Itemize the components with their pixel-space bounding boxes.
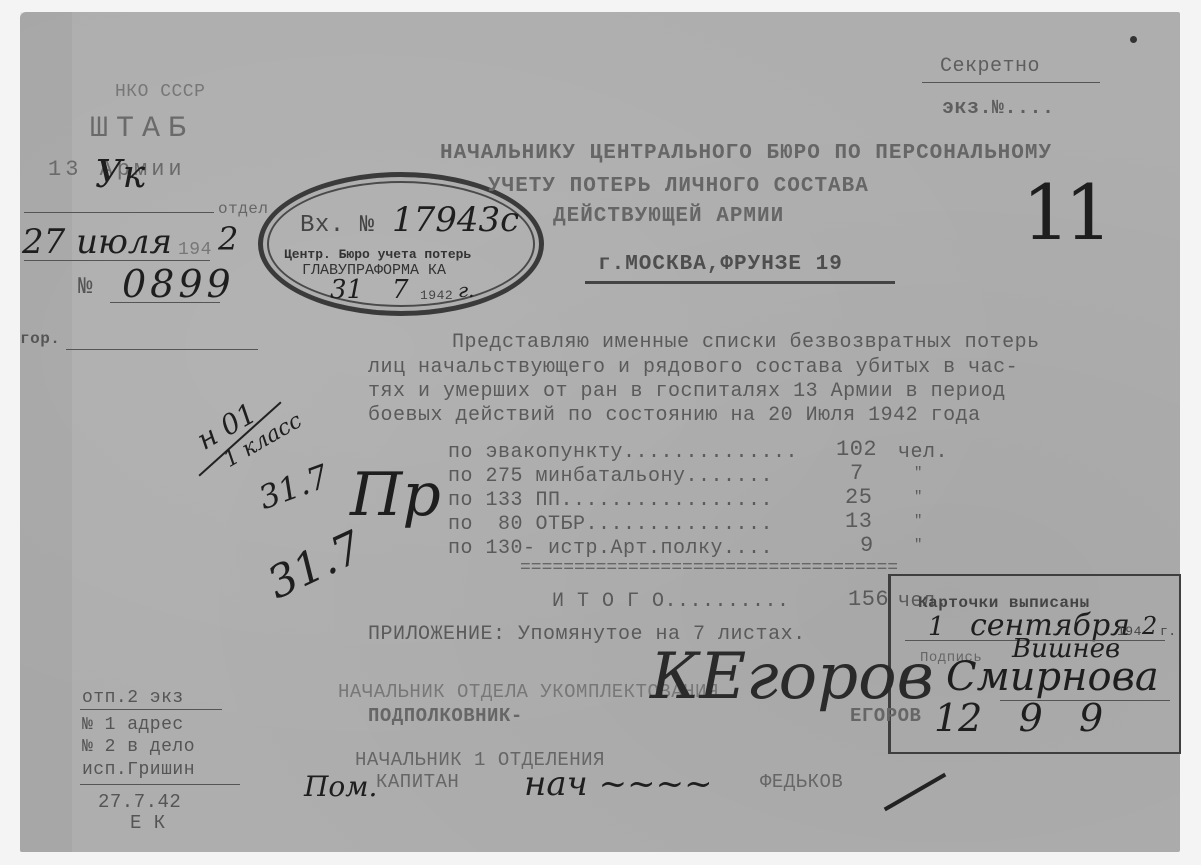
city-label: гор.: [20, 330, 60, 348]
sub-title-line2: КАПИТАН: [376, 771, 459, 793]
handwritten-dept: Ук: [95, 152, 145, 196]
classification-label: Секретно: [940, 55, 1040, 78]
loss-row-count: 25: [845, 485, 872, 510]
loss-row-label: по 275 минбатальону.......: [448, 465, 773, 488]
cards-stamp-year-prefix: 194: [1117, 624, 1142, 639]
letterhead-title: ШТАБ: [90, 112, 194, 146]
footer-executor: исп.Гришин: [82, 760, 195, 780]
stamp-year: 1942: [420, 288, 453, 303]
handwritten-date: 27 июля: [22, 222, 172, 262]
addressee-address: г.МОСКВА,ФРУНЗЕ 19: [598, 253, 843, 276]
cards-stamp-day: 1: [928, 612, 945, 642]
year-suffix: 2: [218, 220, 238, 258]
letterhead-org: НКО СССР: [115, 82, 205, 102]
stamp-vx-label: Вх. №: [300, 212, 375, 239]
number-prefix: №: [78, 274, 93, 301]
loss-row-unit: чел.: [898, 441, 948, 464]
sub-hand-prefix: Пом.: [304, 770, 377, 803]
loss-row-label: по 80 ОТБР...............: [448, 513, 773, 536]
body-line3: тях и умерших от ран в госпиталях 13 Арм…: [368, 380, 1006, 403]
dept-label: отдел: [218, 200, 269, 218]
loss-row-count: 7: [850, 461, 864, 486]
stamp-g: г.: [458, 278, 474, 302]
loss-row-count: 13: [845, 509, 872, 534]
city-line: [66, 349, 258, 350]
footer-rule-2: [80, 784, 240, 785]
body-line1: Представляю именные списки безвозвратных…: [452, 331, 1040, 354]
sub-signature: нач ~~~~: [524, 764, 713, 804]
stamp-day: 31: [330, 275, 363, 305]
address-underline: [585, 281, 895, 284]
classification-underline: [922, 82, 1100, 83]
stamp-vx-number: 17943с: [392, 200, 519, 240]
footer-copy2: № 2 в дело: [82, 737, 195, 757]
copy-number-label: экз.№....: [942, 97, 1055, 120]
footer-rule-1: [80, 709, 222, 710]
addressee-line3: ДЕЙСТВУЮЩЕЙ АРМИИ: [553, 205, 784, 228]
dept-line: [24, 212, 214, 213]
loss-row-label: по 130- истр.Арт.полку....: [448, 537, 773, 560]
year-prefix: 194: [178, 240, 212, 260]
cards-stamp-signature: Смирнова: [946, 654, 1159, 700]
page-number-mark: 11: [1022, 168, 1107, 257]
body-line4: боевых действий по состоянию на 20 Июля …: [368, 404, 981, 427]
cards-stamp-year-suffix: 2: [1142, 612, 1157, 640]
sub-name: ФЕДЬКОВ: [760, 771, 843, 793]
date-line: [24, 260, 210, 261]
margin-initials: Пр: [350, 460, 441, 530]
footer-initials: Е К: [130, 812, 166, 834]
loss-row-count: 102: [836, 437, 877, 462]
loss-row-unit: ": [914, 465, 923, 481]
total-separator: ===================================: [520, 558, 898, 578]
number-line: [110, 302, 220, 303]
footer-copy1: № 1 адрес: [82, 715, 184, 735]
addressee-line2: УЧЕТУ ПОТЕРЬ ЛИЧНОГО СОСТАВА: [488, 175, 869, 198]
body-line2: лиц начальствующего и рядового состава у…: [368, 356, 1018, 379]
chief-signature: КЕгоров: [650, 640, 934, 714]
handwritten-number: 0899: [122, 262, 235, 306]
loss-row-label: по 133 ПП.................: [448, 489, 773, 512]
chief-title-line2: ПОДПОЛКОВНИК-: [368, 705, 523, 727]
total-count: 156: [848, 587, 889, 612]
footer-date: 27.7.42: [98, 791, 181, 813]
loss-row-label: по эвакопункту..............: [448, 441, 798, 464]
loss-row-unit: ": [914, 489, 923, 505]
total-label: И Т О Г О..........: [552, 590, 790, 613]
cards-stamp-numbers: 12 9 9: [934, 696, 1103, 740]
page-margin: [20, 12, 72, 852]
loss-row-unit: ": [914, 513, 923, 529]
ink-dot: [1130, 36, 1137, 43]
stamp-month: 7: [392, 275, 409, 305]
stamp-line1: Центр. Бюро учета потерь: [284, 247, 471, 262]
addressee-line1: НАЧАЛЬНИКУ ЦЕНТРАЛЬНОГО БЮРО ПО ПЕРСОНАЛ…: [440, 142, 1052, 165]
loss-row-unit: ": [914, 537, 923, 553]
cards-stamp-g: г.: [1160, 624, 1177, 639]
loss-row-count: 9: [860, 533, 874, 558]
footer-copies: отп.2 экз: [82, 688, 184, 708]
stamp-line2: ГЛАВУПРАФОРМА КА: [302, 262, 446, 279]
